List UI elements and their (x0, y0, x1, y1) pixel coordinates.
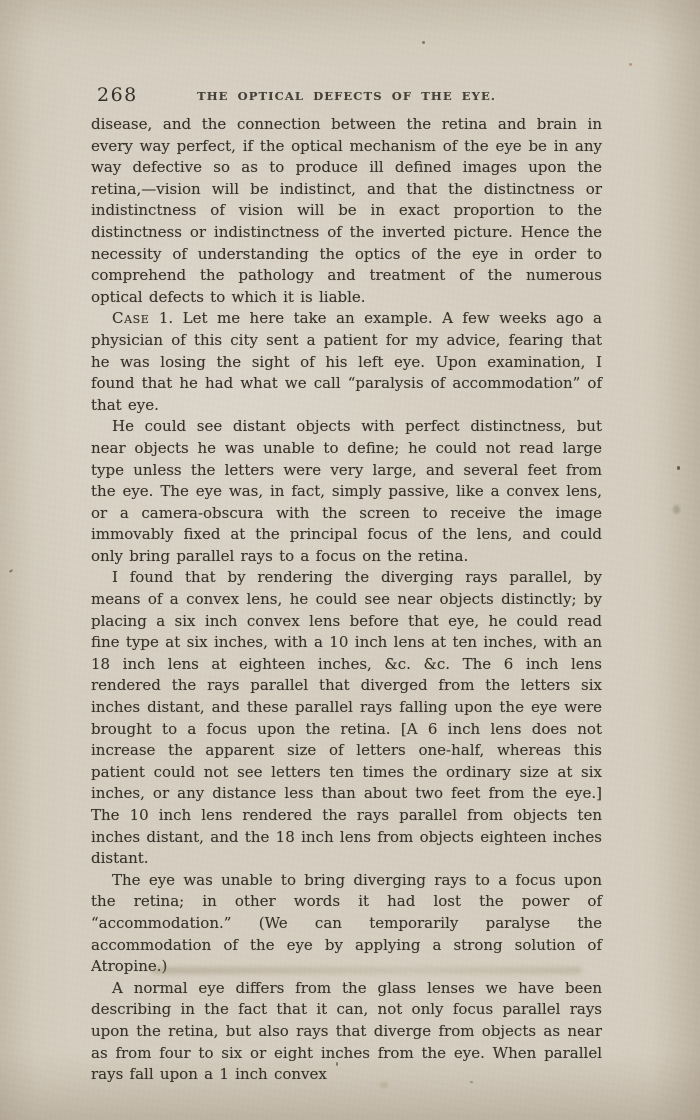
paragraph: I found that by rendering the diverging … (91, 567, 602, 869)
paragraph: A normal eye differs from the glass lens… (91, 978, 602, 1086)
running-head-title: THE OPTICAL DEFECTS OF THE EYE. (91, 89, 602, 103)
paragraph: Case 1. Let me here take an example. A f… (91, 308, 602, 416)
paper-speck (673, 505, 680, 514)
paragraph: He could see distant objects with perfec… (91, 416, 602, 567)
paper-speck (422, 41, 425, 44)
case-label-small-caps: Case (112, 309, 149, 327)
paper-speck (677, 466, 680, 470)
paragraph: The eye was unable to bring diverging ra… (91, 870, 602, 978)
paper-speck (629, 63, 632, 66)
scanned-book-page: 268 THE OPTICAL DEFECTS OF THE EYE. dise… (0, 0, 700, 1120)
paragraph: disease, and the connection between the … (91, 114, 602, 308)
text-block: disease, and the connection between the … (91, 114, 602, 1086)
page-header: 268 THE OPTICAL DEFECTS OF THE EYE. (91, 84, 602, 108)
paper-speck (9, 569, 13, 573)
